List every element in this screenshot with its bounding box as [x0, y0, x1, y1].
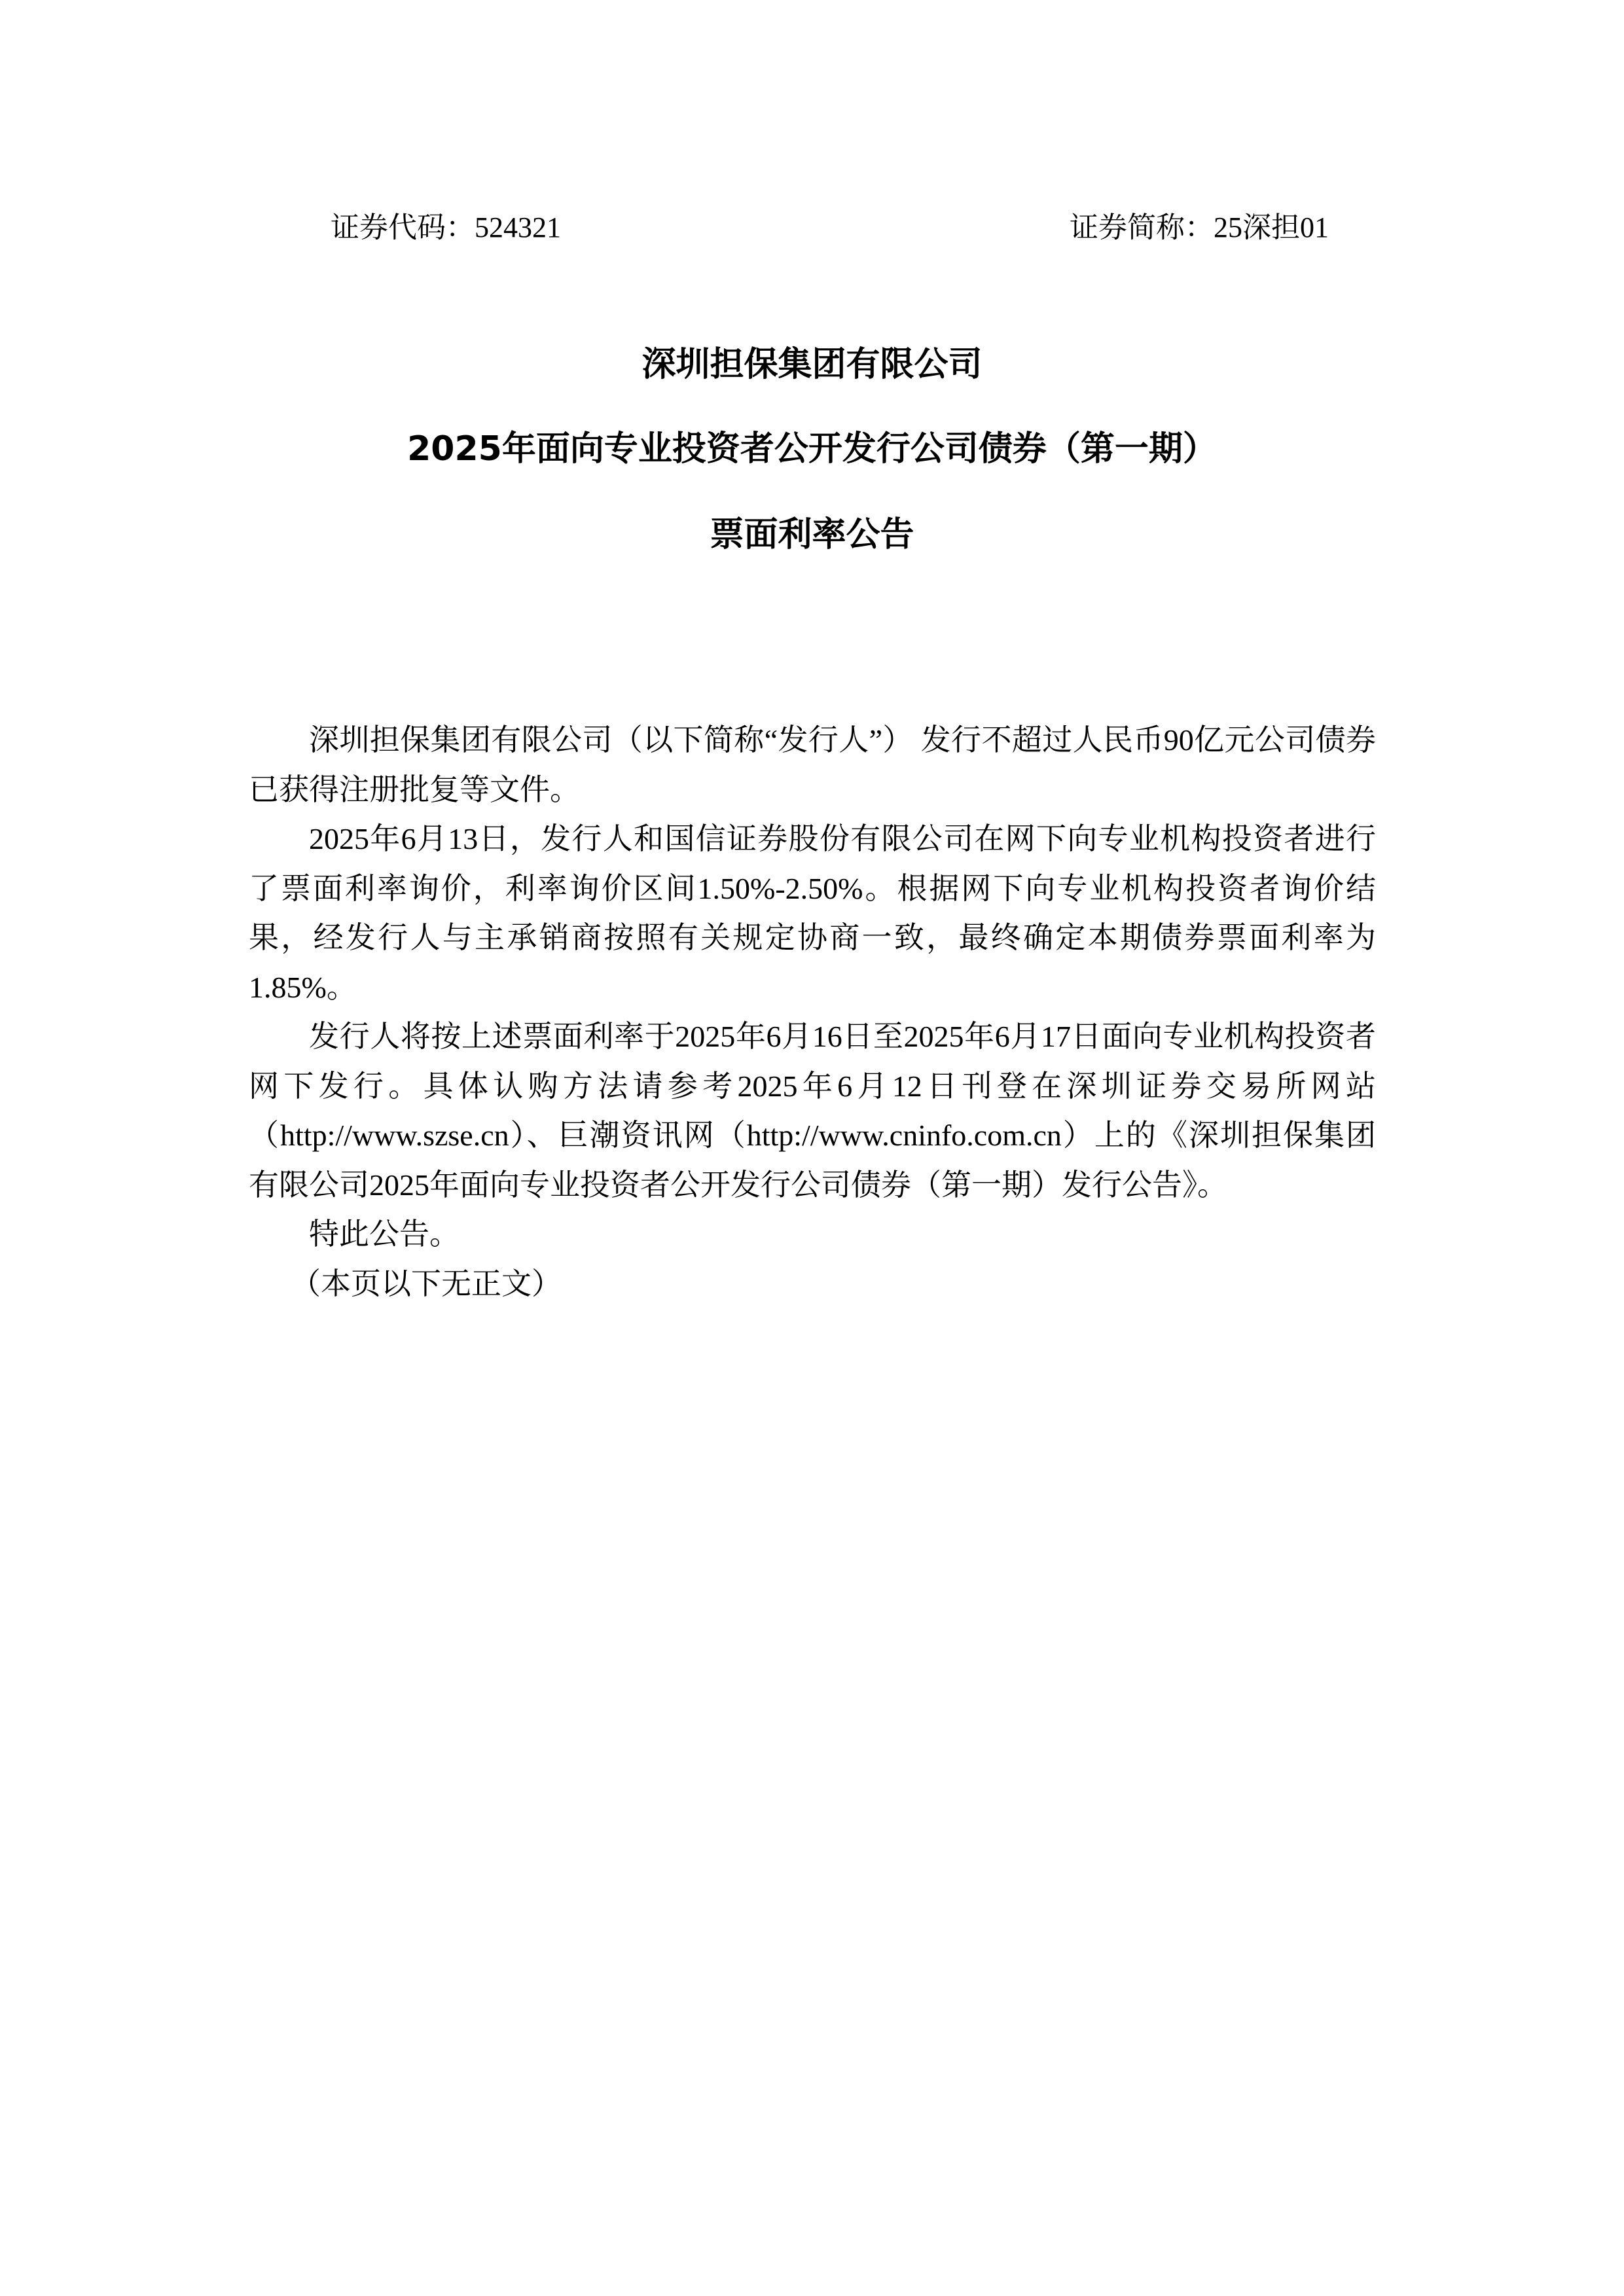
title-bond-name: 2025年面向专业投资者公开发行公司债券（第一期）	[0, 426, 1624, 472]
closing-statement: 特此公告。	[249, 1210, 1376, 1259]
document-page: 证券代码：524321 证券简称：25深担01 深圳担保集团有限公司 2025年…	[0, 0, 1624, 2296]
document-header: 证券代码：524321 证券简称：25深担01	[331, 208, 1329, 247]
announcement-body: 深圳担保集团有限公司（以下简称“发行人”） 发行不超过人民币90亿元公司债券已获…	[249, 715, 1376, 1308]
security-code: 证券代码：524321	[331, 208, 561, 247]
paragraph-registration: 深圳担保集团有限公司（以下简称“发行人”） 发行不超过人民币90亿元公司债券已获…	[249, 715, 1376, 814]
paragraph-issuance: 发行人将按上述票面利率于2025年6月16日至2025年6月17日面向专业机构投…	[249, 1012, 1376, 1210]
title-issuer: 深圳担保集团有限公司	[0, 342, 1624, 387]
paragraph-coupon-rate: 2025年6月13日，发行人和国信证券股份有限公司在网下向专业机构投资者进行了票…	[249, 814, 1376, 1012]
no-further-text-note: （本页以下无正文）	[249, 1259, 1376, 1309]
security-short-name: 证券简称：25深担01	[1070, 208, 1329, 247]
title-announcement-type: 票面利率公告	[0, 512, 1624, 558]
